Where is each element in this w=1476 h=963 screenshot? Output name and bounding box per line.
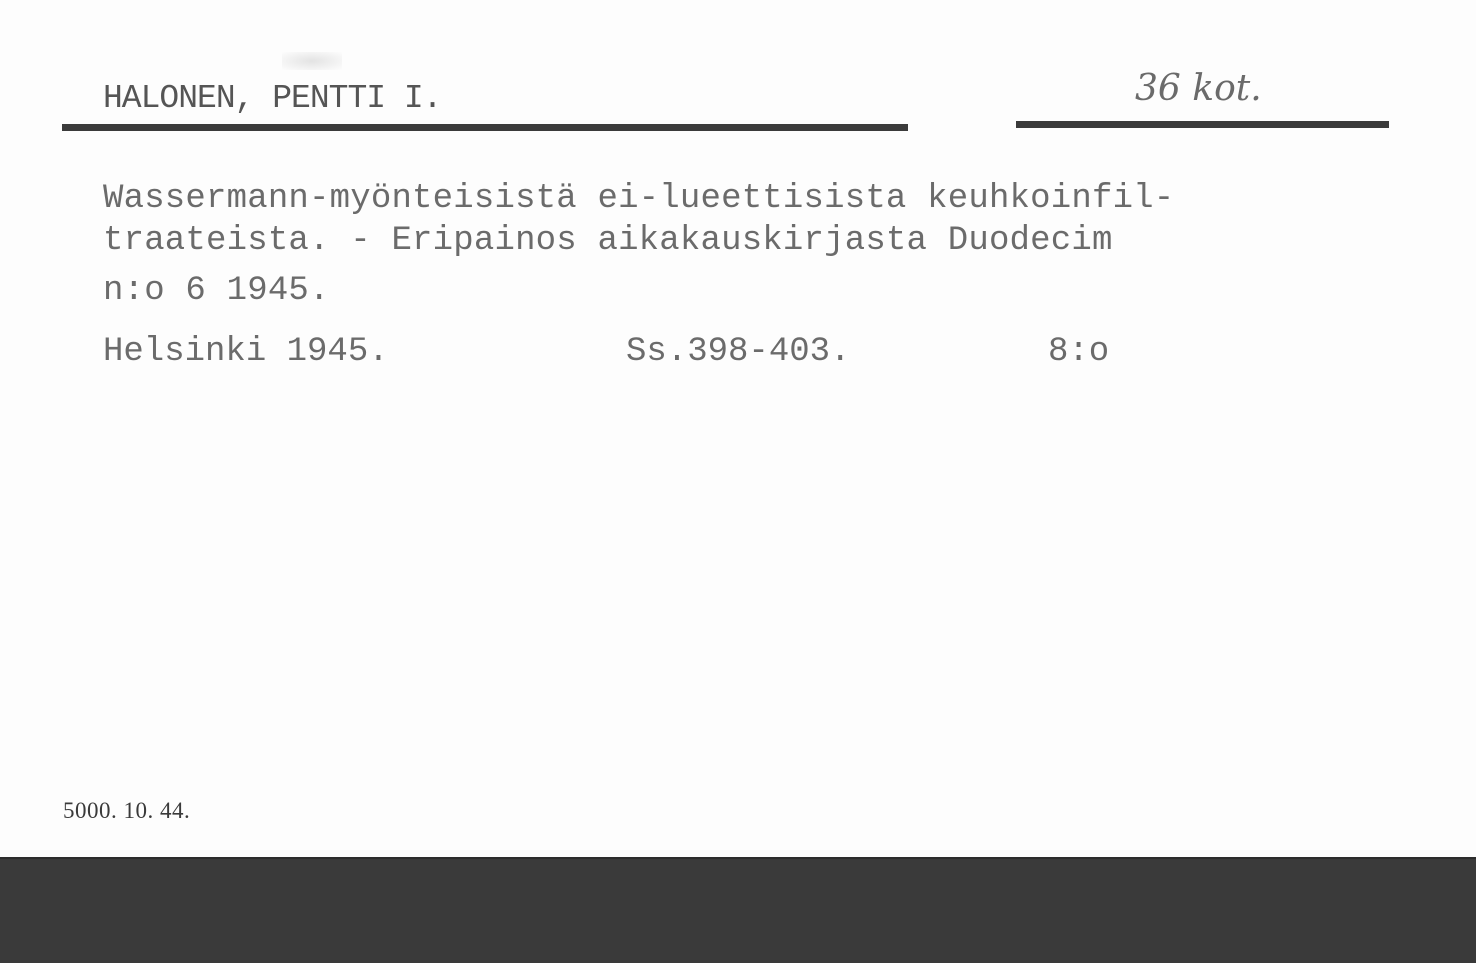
title-line: Wassermann-myönteisistä ei-lueettisista …	[103, 180, 1174, 218]
title-line: traateista. - Eripainos aikakauskirjasta…	[103, 222, 1113, 260]
imprint-format: 8:o	[1048, 333, 1109, 371]
catalog-card: HALONEN, PENTTI I. 36 kot. Wassermann-my…	[0, 0, 1476, 857]
author-heading: HALONEN, PENTTI I.	[103, 80, 441, 117]
imprint-place-year: Helsinki 1945.	[103, 333, 389, 371]
scanner-background	[0, 857, 1476, 963]
title-line: n:o 6 1945.	[103, 272, 330, 310]
imprint-pages: Ss.398-403.	[626, 333, 850, 371]
shelf-mark-rule	[1016, 121, 1389, 128]
stamp-smudge	[282, 52, 342, 70]
heading-rule	[62, 124, 908, 131]
print-code: 5000. 10. 44.	[63, 798, 190, 824]
shelf-mark: 36 kot.	[1135, 68, 1262, 109]
